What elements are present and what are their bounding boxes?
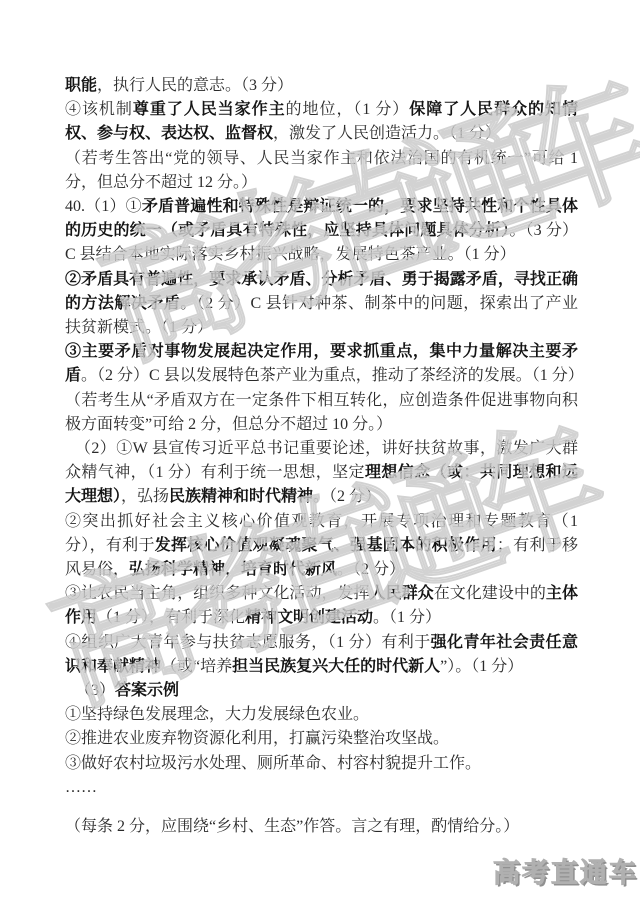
text-segment: 。（2 分） (313, 488, 381, 505)
text-segment: ”）。（1 分） (440, 658, 523, 675)
text-segment: ③让农民当主角，组织多种文化活动，发挥 (65, 585, 370, 602)
paragraph: ②矛盾具有普遍性，要求承认矛盾、分析矛盾、勇于揭露矛盾，寻找正确的方法解决矛盾。… (65, 268, 578, 341)
text-segment: 40.（1）① (65, 198, 142, 215)
text-segment: ，激发了人民创造活力。（1 分） (273, 125, 501, 142)
text-segment: ①坚持绿色发展理念，大力发展绿色农业。 (65, 706, 369, 723)
paragraph: ④组织广大青年参与扶贫志愿服务，（1 分）有利于强化青年社会责任意识和奉献精神（… (65, 631, 578, 679)
text-segment: （每条 2 分，应围绕“乡村、生态”作答。言之有理，酌情给分。） (65, 818, 519, 835)
text-segment-bold: 弘扬科学精神，培育时代新风 (129, 561, 337, 578)
text-segment: （3） (75, 682, 115, 699)
text-segment: ，执行人民的意志。（3 分） (97, 77, 293, 94)
text-segment: 的地位，（1 分） (286, 101, 410, 118)
text-segment-bold: 尊重了人民当家作主 (133, 101, 286, 118)
paragraph: 职能，执行人民的意志。（3 分） (65, 74, 578, 98)
brand-logo-gaokao-zhitongche: 高考直通车 (493, 851, 638, 890)
paragraph: ①坚持绿色发展理念，大力发展绿色农业。 (65, 703, 578, 727)
paragraph: （每条 2 分，应围绕“乡村、生态”作答。言之有理，酌情给分。） (65, 815, 578, 839)
paragraph: （若考生答出“党的领导、人民当家作主和依法治国的有机统一”可给 1 分，但总分不… (65, 147, 578, 195)
text-segment: ②推进农业废弃物资源化利用，打赢污染整治攻坚战。 (65, 730, 449, 747)
paragraph: ②突出抓好社会主义核心价值观教育，开展专项治理和专题教育（1 分），有利于发挥核… (65, 510, 578, 583)
paragraph: ③主要矛盾对事物发展起决定作用，要求抓重点，集中力量解决主要矛盾。（2 分）C … (65, 340, 578, 388)
text-segment: …… (65, 779, 97, 796)
paragraph: ②推进农业废弃物资源化利用，打赢污染整治攻坚战。 (65, 727, 578, 751)
text-segment-bold: 民族精神和时代精神 (169, 488, 313, 505)
document-page: 高考直通车 高考直通车 职能，执行人民的意志。（3 分）④该机制尊重了人民当家作… (0, 0, 640, 905)
paragraph: ③让农民当主角，组织多种文化活动，发挥人民群众在文化建设中的主体作用（1 分），… (65, 582, 578, 630)
text-segment-bold: 答案示例 (115, 682, 179, 699)
paragraph: ④该机制尊重了人民当家作主的地位，（1 分）保障了人民群众的知情权、参与权、表达… (65, 98, 578, 146)
paragraph: ③做好农村垃圾污水处理、厕所革命、村容村貌提升工作。 (65, 752, 578, 776)
text-segment-bold: 职能 (65, 77, 97, 94)
paragraph: （若考生从“矛盾双方在一定条件下相互转化，应创造条件促进事物向积极方面转变”可给… (65, 389, 578, 437)
text-segment: ④组织广大青年参与扶贫志愿服务，（1 分）有利于 (65, 634, 431, 651)
paragraph: （3）答案示例 (65, 679, 578, 703)
text-segment-bold: 担当民族复兴大任的时代新人 (232, 658, 440, 675)
text-segment: （1 分），有利于深化 (97, 609, 245, 626)
answer-key-text-block: 职能，执行人民的意志。（3 分）④该机制尊重了人民当家作主的地位，（1 分）保障… (65, 74, 578, 839)
text-segment: （或“培养 (161, 658, 232, 675)
text-segment: ③做好农村垃圾污水处理、厕所革命、村容村貌提升工作。 (65, 755, 481, 772)
text-segment-bold: 矛盾普遍性和特殊性是辩证统一的，要求坚持共性和个性具体的历史的统一（或矛盾具有特… (65, 198, 578, 239)
text-segment-bold: 精神文明创建活动 (245, 609, 373, 626)
text-segment-bold: 人民群众 (370, 585, 434, 602)
text-segment: 在文化建设中的 (434, 585, 546, 602)
paragraph: （2）①W 县宣传习近平总书记重要论述，讲好扶贫故事，激发广大群众精气神，（1 … (65, 437, 578, 510)
text-segment: 。（1 分） (373, 609, 441, 626)
text-segment: 。（2 分）C 县以发展特色茶产业为重点，推动了茶经济的发展。（1 分） (81, 367, 584, 384)
text-segment-bold: 发挥核心价值观凝魂聚气、强基固本的积极作用 (155, 537, 497, 554)
paragraph: 40.（1）①矛盾普遍性和特殊性是辩证统一的，要求坚持共性和个性具体的历史的统一… (65, 195, 578, 268)
text-segment: 。（2 分） (337, 561, 405, 578)
text-segment: ，弘扬 (121, 488, 169, 505)
text-segment: （若考生答出“党的领导、人民当家作主和依法治国的有机统一”可给 1 分，但总分不… (65, 150, 578, 191)
text-segment: （若考生从“矛盾双方在一定条件下相互转化，应创造条件促进事物向积极方面转变”可给… (65, 392, 578, 433)
text-segment: ④该机制 (65, 101, 133, 118)
paragraph: …… (65, 776, 578, 800)
